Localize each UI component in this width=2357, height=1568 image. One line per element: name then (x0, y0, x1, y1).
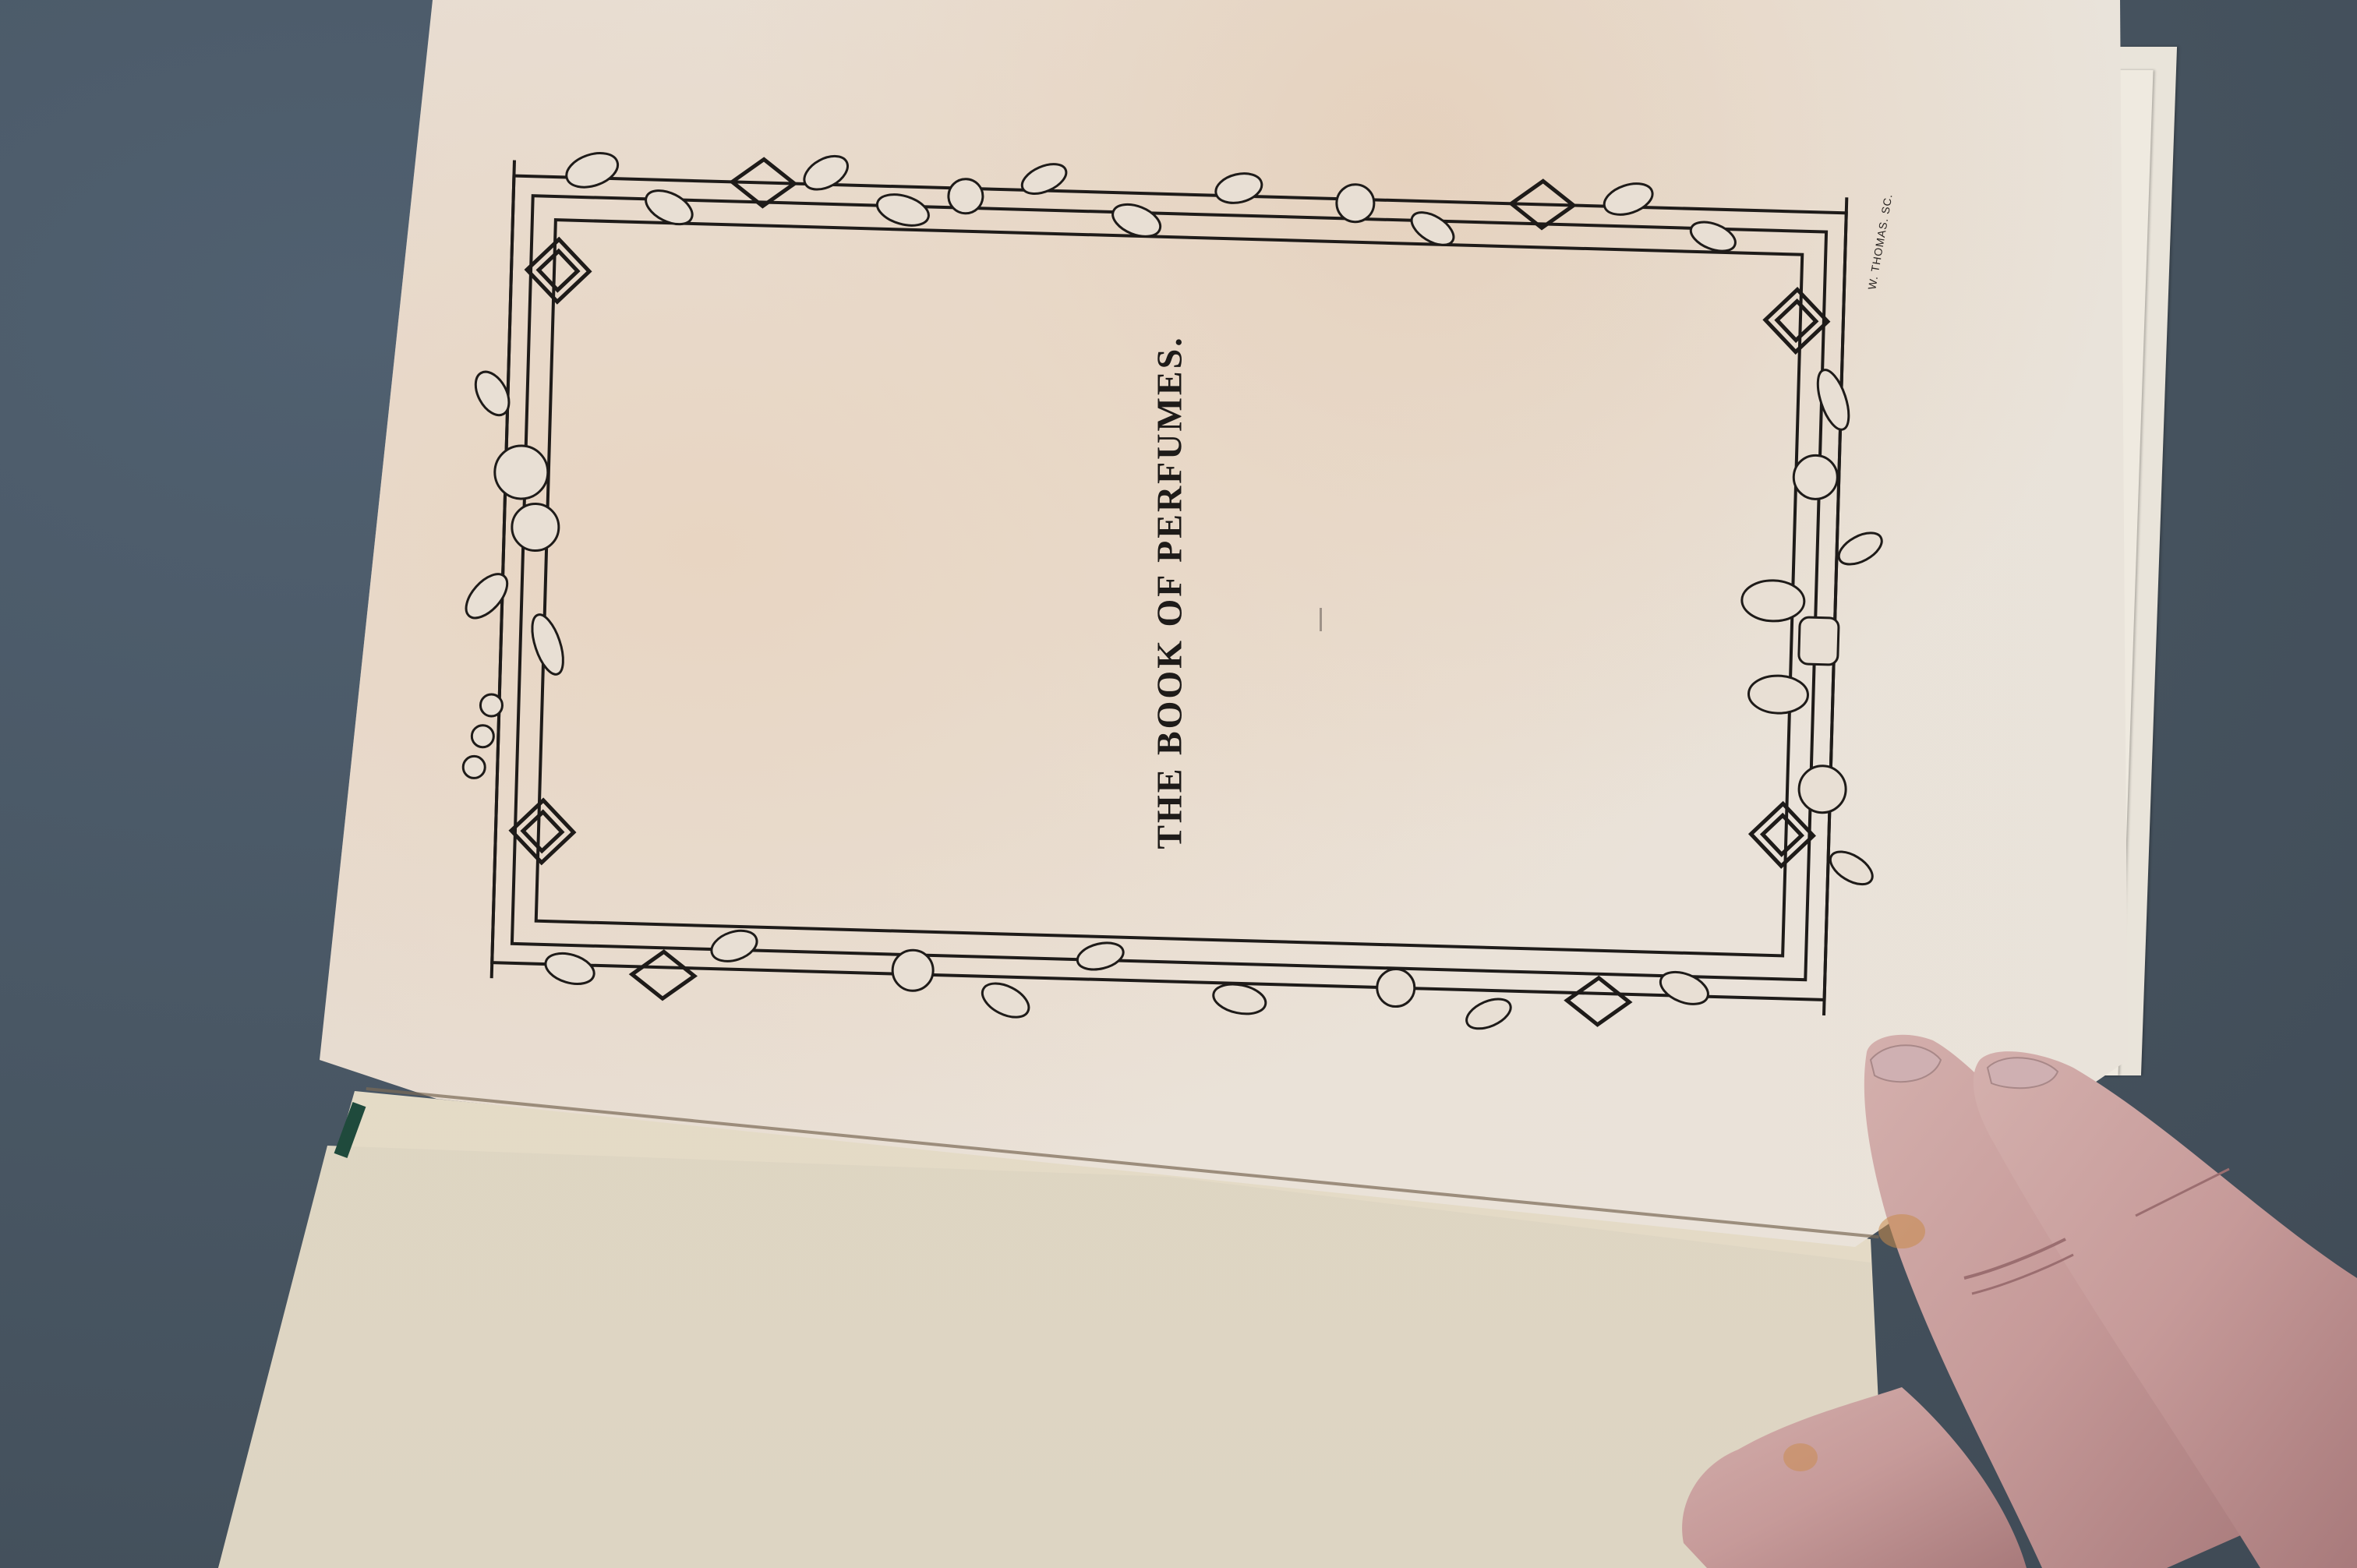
printer-mark (1320, 608, 1322, 631)
book-title-text: THE BOOK OF PERFUMES. (1149, 335, 1190, 849)
